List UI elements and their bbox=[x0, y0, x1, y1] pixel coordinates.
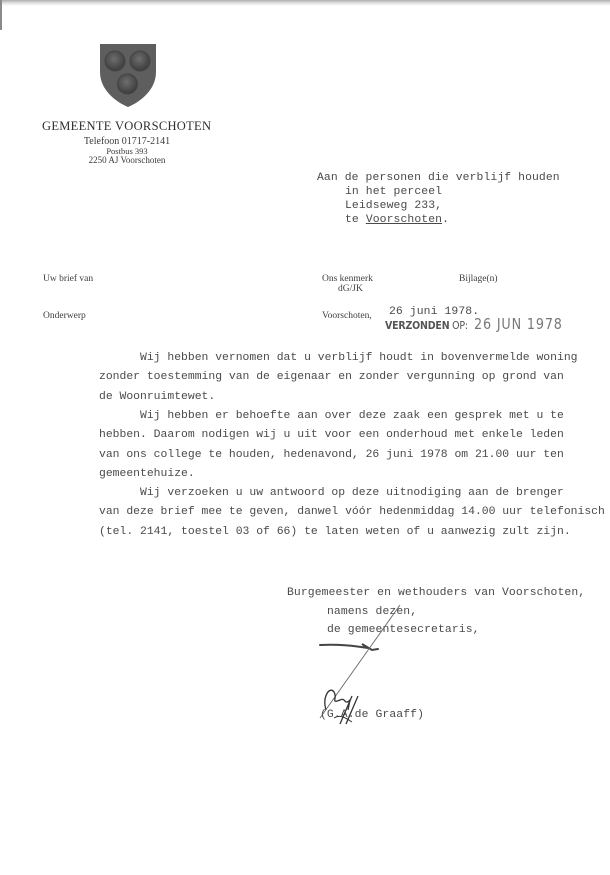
bijlagen-label: Bijlage(n) bbox=[459, 274, 498, 284]
body-line: van ons college te houden, hedenavond, 2… bbox=[99, 446, 609, 465]
uw-brief-van-label: Uw brief van bbox=[43, 274, 93, 284]
closing-line-1: Burgemeester en wethouders van Voorschot… bbox=[287, 587, 585, 599]
ons-kenmerk-value: dG/JK bbox=[338, 284, 363, 294]
signatory-name: (G.A.de Graaff) bbox=[320, 709, 424, 721]
body-line: zonder toestemming van de eigenaar en zo… bbox=[99, 368, 609, 387]
recipient-line: Leidseweg 233, bbox=[345, 200, 442, 212]
body-line: Wij hebben er behoefte aan over deze zaa… bbox=[99, 407, 609, 426]
letterhead-postal-city: 2250 AJ Voorschoten bbox=[42, 155, 212, 165]
dispatch-stamp-date: 26 JUN 1978 bbox=[474, 315, 563, 333]
ons-kenmerk-label: Ons kenmerk bbox=[322, 274, 373, 284]
place-label: Voorschoten, bbox=[322, 311, 372, 321]
body-line: Wij verzoeken u uw antwoord op deze uitn… bbox=[99, 484, 609, 503]
recipient-line: in het perceel bbox=[345, 186, 442, 198]
body-line: van deze brief mee te geven, danwel vóór… bbox=[99, 503, 609, 522]
recipient-city: Voorschoten bbox=[366, 214, 442, 226]
body-line: gemeentehuize. bbox=[99, 465, 609, 484]
recipient-city-prefix: te bbox=[345, 214, 366, 226]
scan-edge-left bbox=[0, 0, 2, 30]
onderwerp-label: Onderwerp bbox=[43, 311, 86, 321]
body-paragraph-3: Wij verzoeken u uw antwoord op deze uitn… bbox=[99, 484, 609, 542]
stamp-label-suffix: OP: bbox=[452, 320, 468, 332]
municipality-name: GEMEENTE VOORSCHOTEN bbox=[42, 119, 212, 134]
scan-edge-top bbox=[0, 0, 610, 6]
body-line: hebben. Daarom nodigen wij u uit voor ee… bbox=[99, 426, 609, 445]
coat-of-arms-shield-icon bbox=[98, 42, 158, 108]
recipient-city-suffix: . bbox=[442, 214, 449, 226]
dispatch-stamp-label: VERZONDENOP: bbox=[385, 320, 468, 332]
recipient-line: Aan de personen die verblijf houden bbox=[317, 172, 560, 184]
stamp-label-main: VERZONDEN bbox=[385, 320, 449, 332]
body-paragraph-2: Wij hebben er behoefte aan over deze zaa… bbox=[99, 407, 609, 484]
body-line: (tel. 2141, toestel 03 of 66) te laten w… bbox=[99, 523, 609, 542]
body-line: de Woonruimtewet. bbox=[99, 388, 609, 407]
recipient-city-line: te Voorschoten. bbox=[345, 214, 449, 226]
body-line: Wij hebben vernomen dat u verblijf houdt… bbox=[99, 349, 609, 368]
body-paragraph-1: Wij hebben vernomen dat u verblijf houdt… bbox=[99, 349, 609, 407]
letter-date: 26 juni 1978. bbox=[389, 306, 479, 318]
